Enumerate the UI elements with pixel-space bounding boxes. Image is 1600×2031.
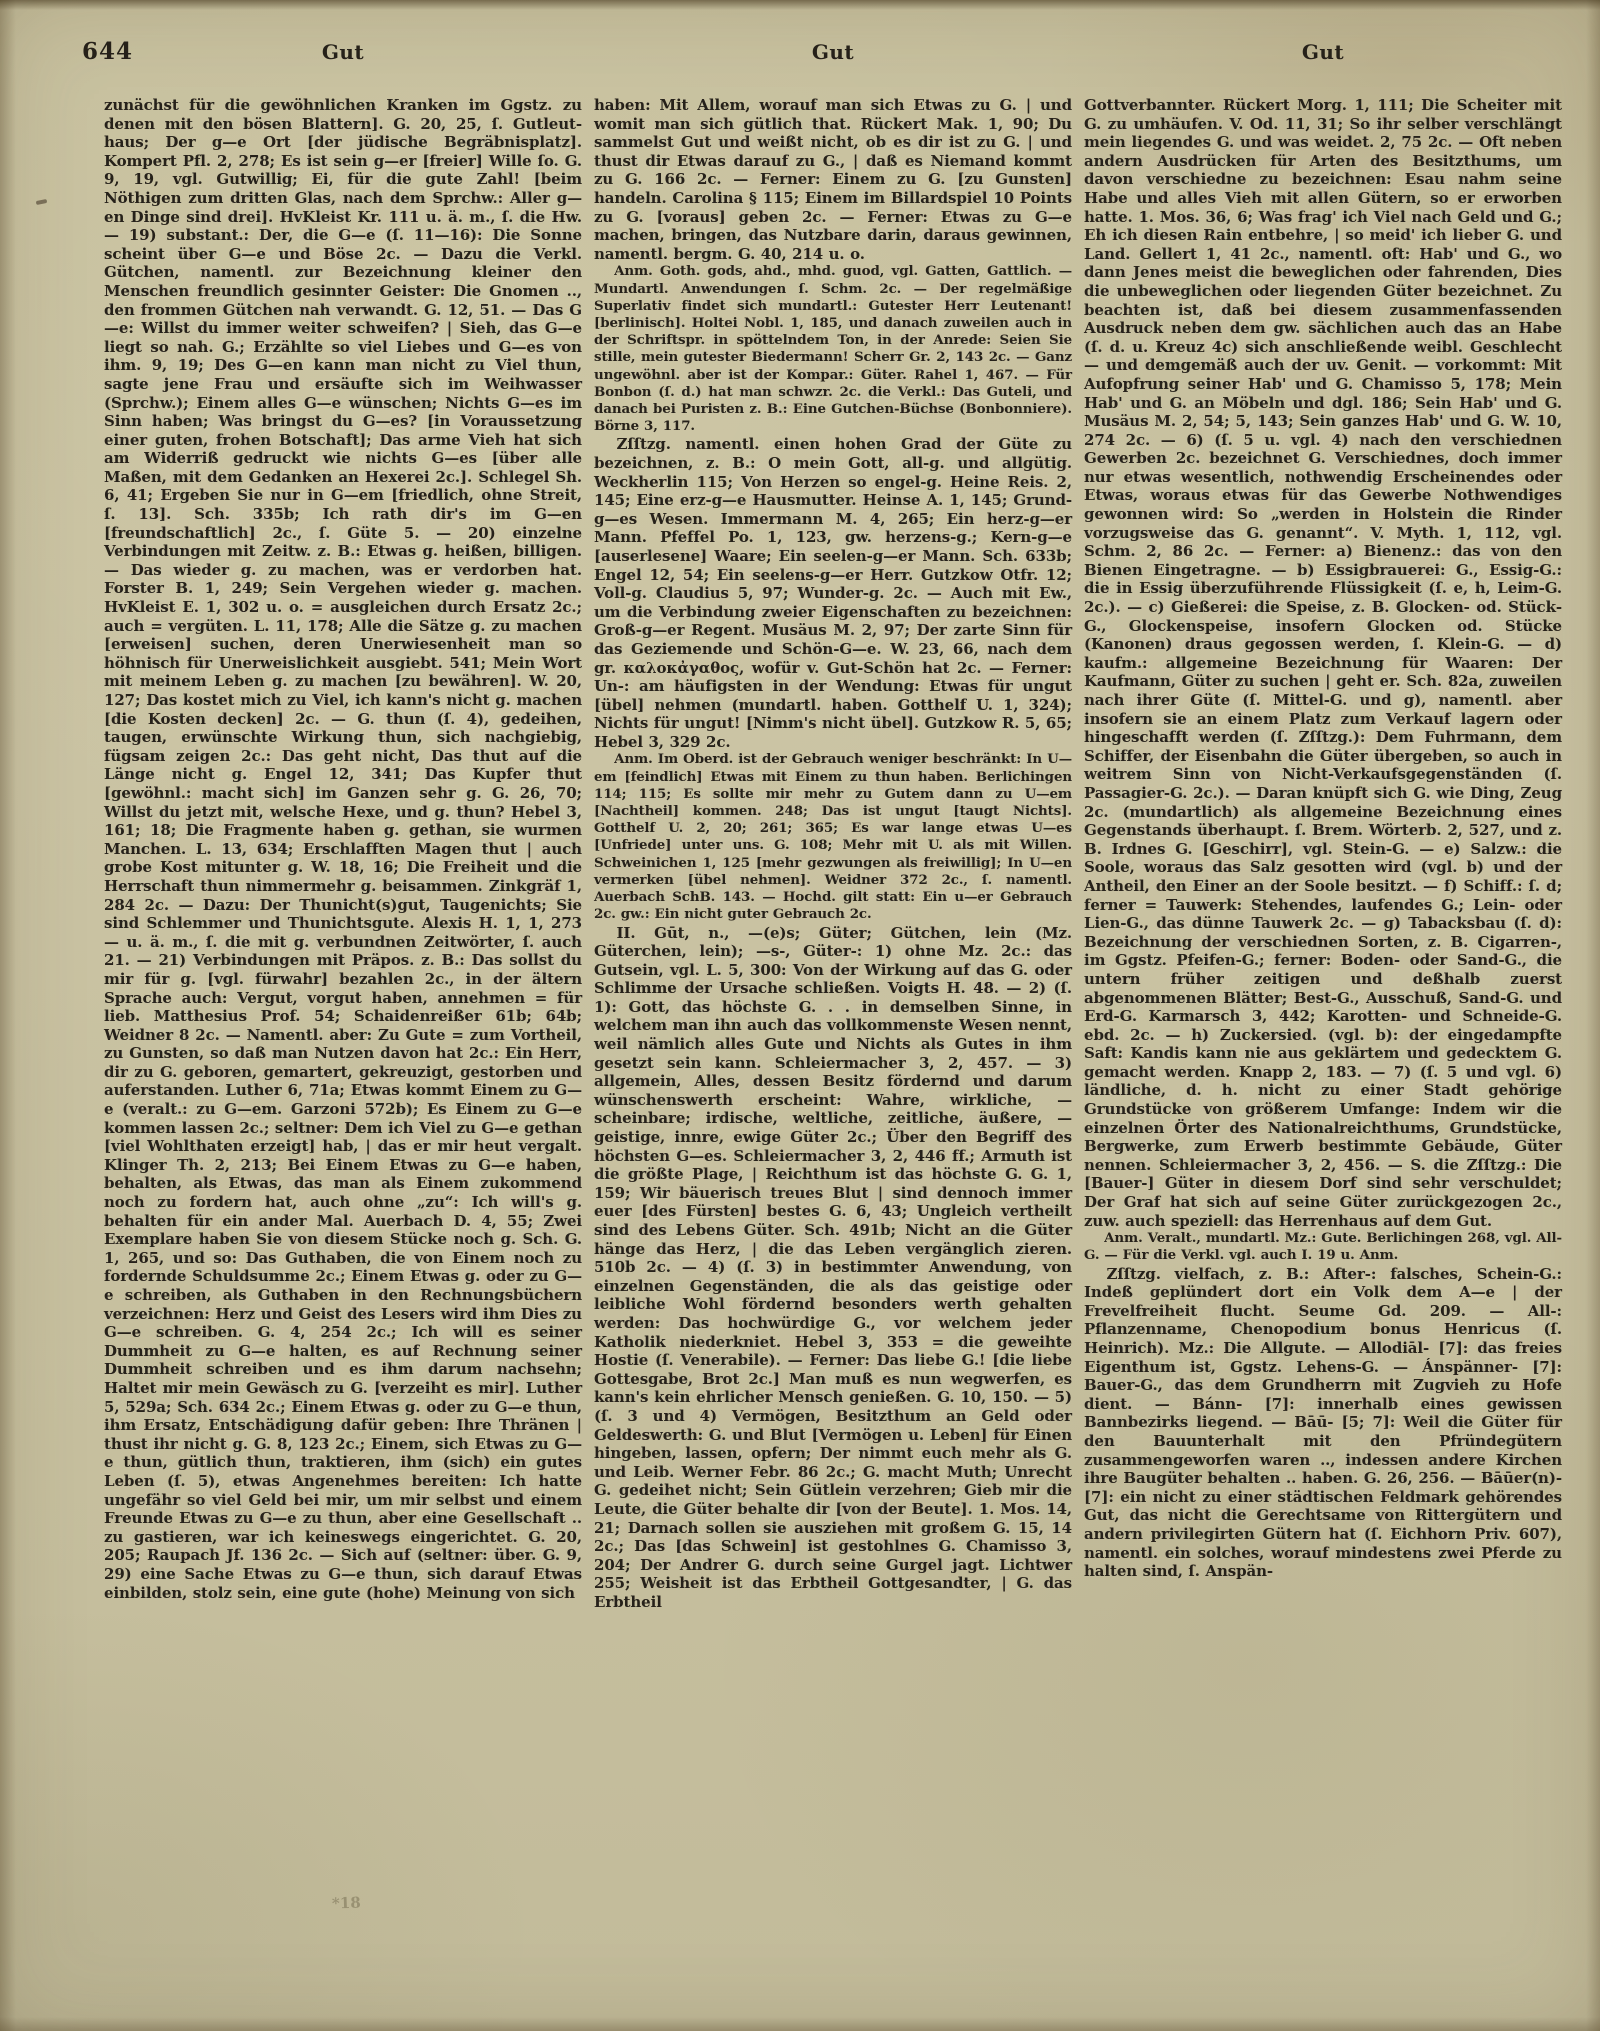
paragraph: Anm. Goth. gods, ahd., mhd. guod, vgl. G…: [594, 263, 1072, 435]
running-head-column-3: Gut: [1223, 40, 1423, 64]
text-columns: zunächst für die gewöhnlichen Kranken im…: [104, 96, 1562, 1611]
running-head-column-1: Gut: [243, 40, 443, 64]
running-head-column-2: Gut: [733, 40, 933, 64]
page-header: 644 Gut Gut Gut: [0, 38, 1600, 72]
margin-mark: [36, 199, 48, 205]
scanned-dictionary-page: 644 Gut Gut Gut zunächst für die gewöhnl…: [0, 0, 1600, 2031]
paragraph: Zſſtzg. vielfach, z. B.: After‐: falsche…: [1084, 1265, 1562, 1581]
text-column-1: zunächst für die gewöhnlichen Kranken im…: [104, 96, 582, 1602]
paragraph: Gottverbannter. Rückert Morg. 1, 111; Di…: [1084, 96, 1562, 1230]
page-number: 644: [82, 38, 133, 65]
paragraph: haben: Mit Allem, worauf man sich Etwas …: [594, 96, 1072, 263]
paragraph: zunächst für die gewöhnlichen Kranken im…: [104, 96, 582, 1602]
paragraph: Zſſtzg. namentl. einen hohen Grad der Gü…: [594, 435, 1072, 751]
paragraph: Anm. Veralt., mundartl. Mz.: Gute. Berli…: [1084, 1230, 1562, 1264]
text-column-2: haben: Mit Allem, worauf man sich Etwas …: [594, 96, 1072, 1611]
text-column-3: Gottverbannter. Rückert Morg. 1, 111; Di…: [1084, 96, 1562, 1581]
paragraph: Anm. Im Oberd. ist der Gebrauch weniger …: [594, 751, 1072, 923]
paragraph: II. Gūt, n., —(e)s; Güter; Gütchen, lein…: [594, 924, 1072, 1612]
printer-signature-mark: *18: [332, 1894, 361, 1913]
